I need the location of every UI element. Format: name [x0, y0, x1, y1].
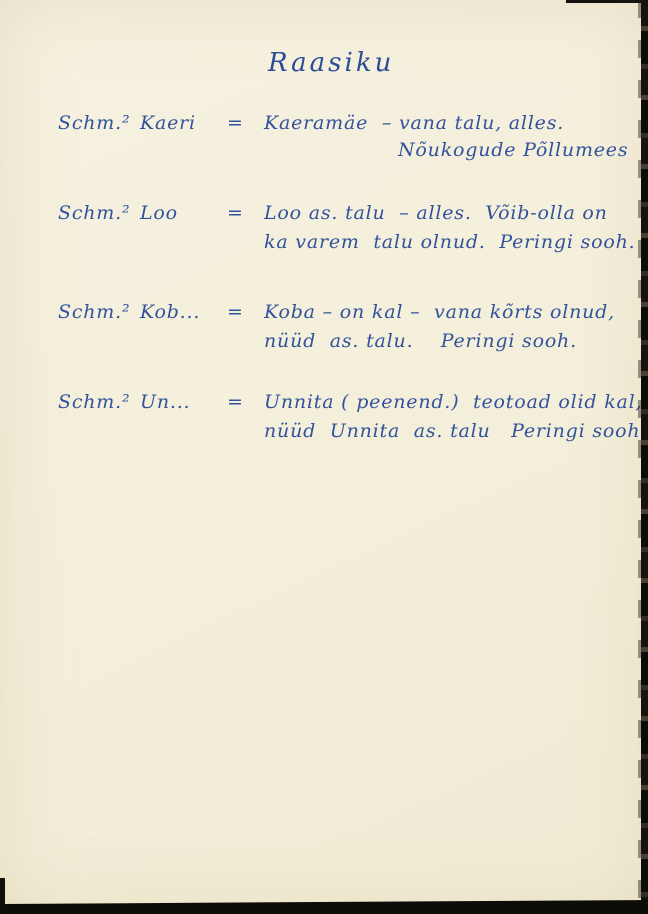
equals-sign: = [227, 202, 244, 224]
definition-line-1: Kaeramäe – vana talu, alles. [264, 112, 564, 134]
source-abbreviation: Schm.² [58, 301, 130, 323]
equals-sign: = [227, 391, 244, 413]
definition-line-2: ka varem talu olnud. Peringi sooh. [264, 231, 636, 253]
definition-line-1: Loo as. talu – alles. Võib-olla on [264, 202, 608, 224]
headword: Kob... [140, 301, 200, 323]
paper-edge-bottom-left [0, 878, 5, 906]
paper-edge-right [641, 0, 648, 914]
definition-line-2: Nõukogude Põllumees [398, 139, 628, 161]
source-abbreviation: Schm.² [58, 202, 130, 224]
definition-line-1: Unnita ( peenend.) teotoad olid kal, [264, 391, 642, 413]
scanned-manuscript-page: Raasiku Schm.² Kaeri = Kaeramäe – vana t… [0, 0, 648, 914]
equals-sign: = [227, 301, 244, 323]
definition-line-2: nüüd Unnita as. talu Peringi sooh. [264, 420, 647, 442]
headword: Kaeri [140, 112, 196, 134]
paper-edge-top [566, 0, 648, 3]
headword: Loo [140, 202, 178, 224]
headword: Un... [140, 391, 190, 413]
definition-line-2: nüüd as. talu. Peringi sooh. [264, 330, 577, 352]
definition-line-1: Koba – on kal – vana kõrts olnud, [264, 301, 615, 323]
equals-sign: = [227, 112, 244, 134]
source-abbreviation: Schm.² [58, 112, 130, 134]
paper-edge-bottom [0, 900, 648, 914]
source-abbreviation: Schm.² [58, 391, 130, 413]
page-title: Raasiku [268, 48, 394, 78]
